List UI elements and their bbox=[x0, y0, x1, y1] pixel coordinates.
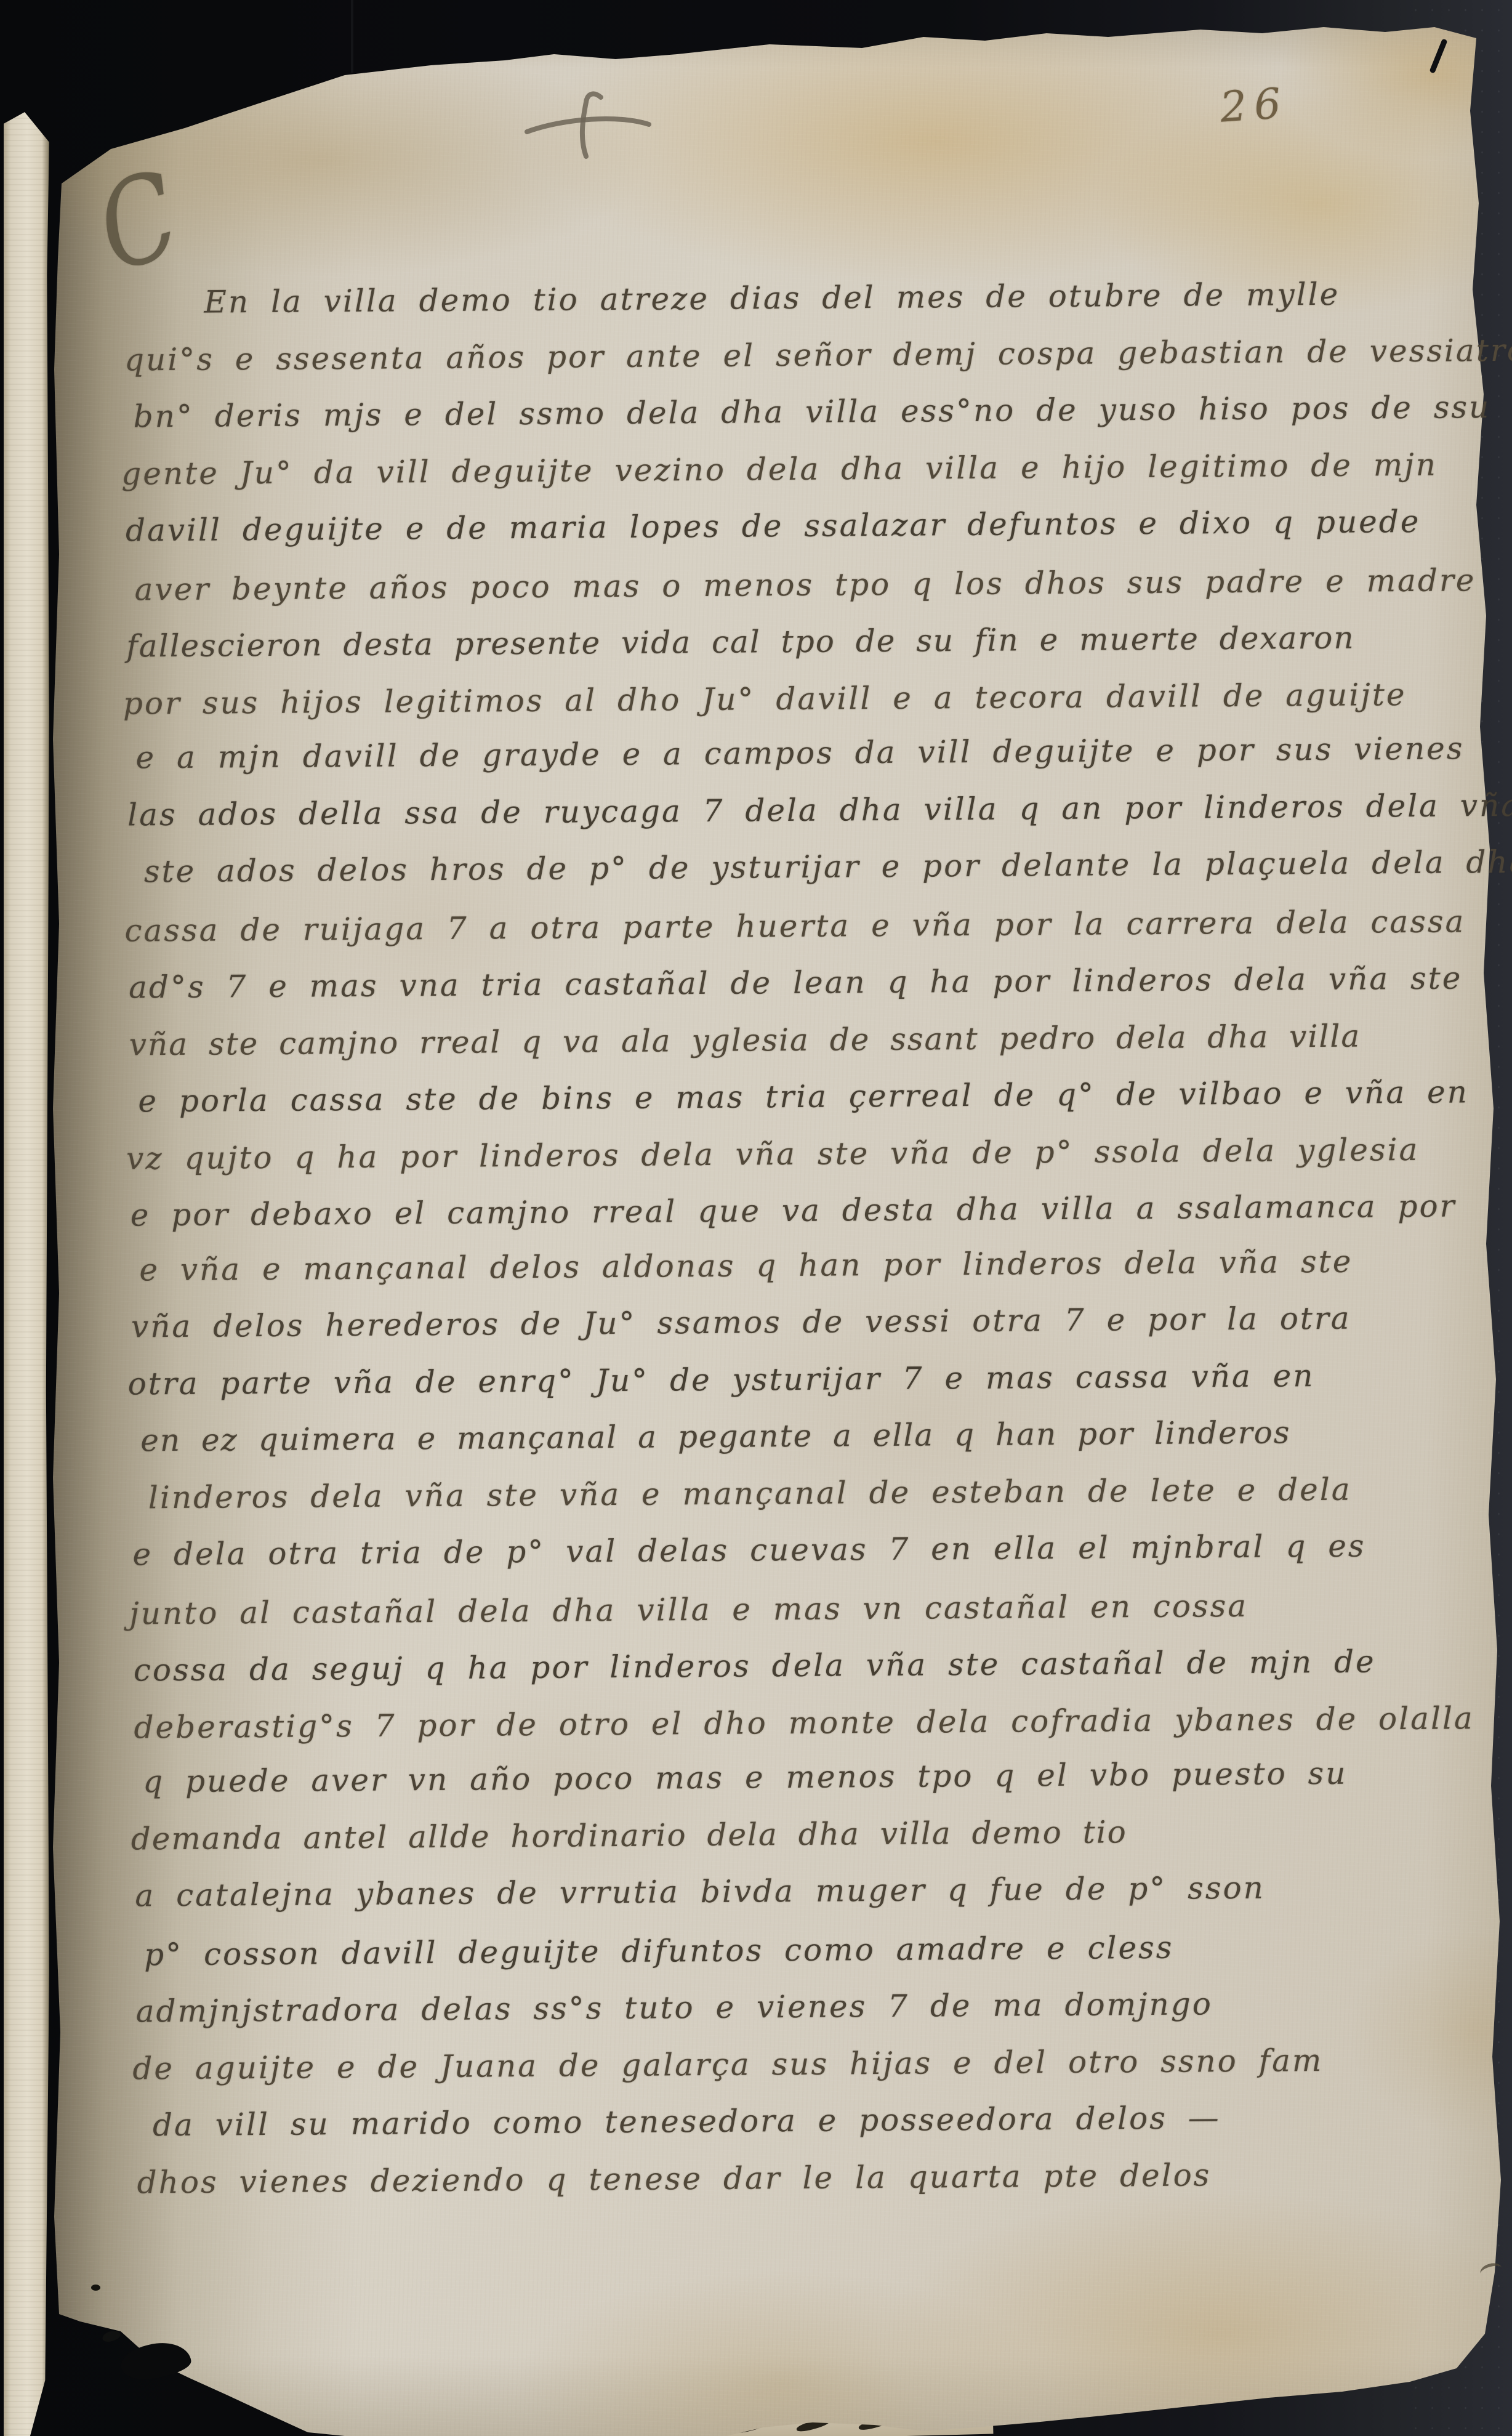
manuscript-line: vz qujto q ha por linderos dela vña ste … bbox=[126, 1121, 1454, 1187]
manuscript-line: vña ste camjno rreal q va ala yglesia de… bbox=[129, 1007, 1453, 1073]
manuscript-line: gente Ju° da vill deguijte vezino dela d… bbox=[121, 436, 1449, 502]
worm-speck bbox=[91, 2285, 100, 2291]
manuscript-line: fallescieron desta presente vida cal tpo… bbox=[126, 609, 1450, 676]
manuscript-line: demanda antel allde hordinario dela dha … bbox=[131, 1801, 1458, 1868]
manuscript-line: qui°s e ssesenta años por ante el señor … bbox=[124, 322, 1449, 389]
manuscript-line: p° cosson davill deguijte difuntos como … bbox=[144, 1917, 1460, 1983]
invocation-cross-icon bbox=[522, 90, 656, 165]
book-fore-edge-pages bbox=[4, 112, 49, 2436]
manuscript-line: cassa de ruijaga 7 a otra parte huerta e… bbox=[124, 893, 1452, 959]
manuscript-line: e dela otra tria de p° val delas cuevas … bbox=[132, 1517, 1457, 1583]
manuscript-line: de aguijte e de Juana de galarça sus hij… bbox=[132, 2031, 1460, 2097]
manuscript-line: vña delos herederos de Ju° ssamos de ves… bbox=[131, 1289, 1455, 1355]
manuscript-line: junto al castañal dela dha villa e mas v… bbox=[129, 1576, 1457, 1642]
manuscript-line: bn° deris mjs e del ssmo dela dha villa … bbox=[133, 379, 1449, 445]
manuscript-line: davill deguijte e de maria lopes de ssal… bbox=[126, 493, 1450, 560]
manuscript-line: da vill su marido como tenesedora e poss… bbox=[153, 2087, 1461, 2153]
manuscript-line: e vña e mançanal delos aldonas q han por… bbox=[139, 1232, 1455, 1298]
manuscript-line: las ados della ssa de ruycaga 7 dela dha… bbox=[127, 777, 1452, 844]
manuscript-line: dhos vienes deziendo q tenese dar le la … bbox=[137, 2145, 1461, 2211]
photo-backdrop: 26 C En la villa demo tio atreze dias de… bbox=[0, 0, 1512, 2436]
manuscript-line: a catalejna ybanes de vrrutia bivda muge… bbox=[135, 1858, 1459, 1924]
manuscript-line: En la villa demo tio atreze dias del mes… bbox=[124, 265, 1448, 332]
manuscript-line: ad°s 7 e mas vna tria castañal de lean q… bbox=[129, 950, 1453, 1017]
manuscript-line: q puede aver vn año poco mas e menos tpo… bbox=[143, 1744, 1458, 1810]
manuscript-line: e a mjn davill de grayde e a campos da v… bbox=[135, 720, 1451, 786]
manuscript-line: admjnjstradora delas ss°s tuto e vienes … bbox=[135, 1974, 1460, 2040]
manuscript-line: en ez quimera e mançanal a pegante a ell… bbox=[140, 1403, 1456, 1469]
manuscript-line: otra parte vña de enrq° Ju° de ysturijar… bbox=[127, 1346, 1455, 1413]
manuscript-line: ste ados delos hros de p° de ysturijar e… bbox=[143, 834, 1452, 900]
manuscript-line: aver beynte años poco mas o menos tpo q … bbox=[134, 552, 1450, 618]
manuscript-line: cossa da seguj q ha por linderos dela vñ… bbox=[134, 1632, 1458, 1699]
folio-number: 26 bbox=[1219, 83, 1290, 129]
text-lines: En la villa demo tio atreze dias del mes… bbox=[124, 265, 1461, 2211]
paper-hole-small bbox=[102, 2329, 122, 2343]
manuscript-line: e porla cassa ste de bins e mas tria çer… bbox=[138, 1064, 1454, 1130]
backdrop-cloth-seam bbox=[351, 0, 353, 73]
manuscript-line: linderos dela vña ste vña e mançanal de … bbox=[148, 1460, 1457, 1526]
